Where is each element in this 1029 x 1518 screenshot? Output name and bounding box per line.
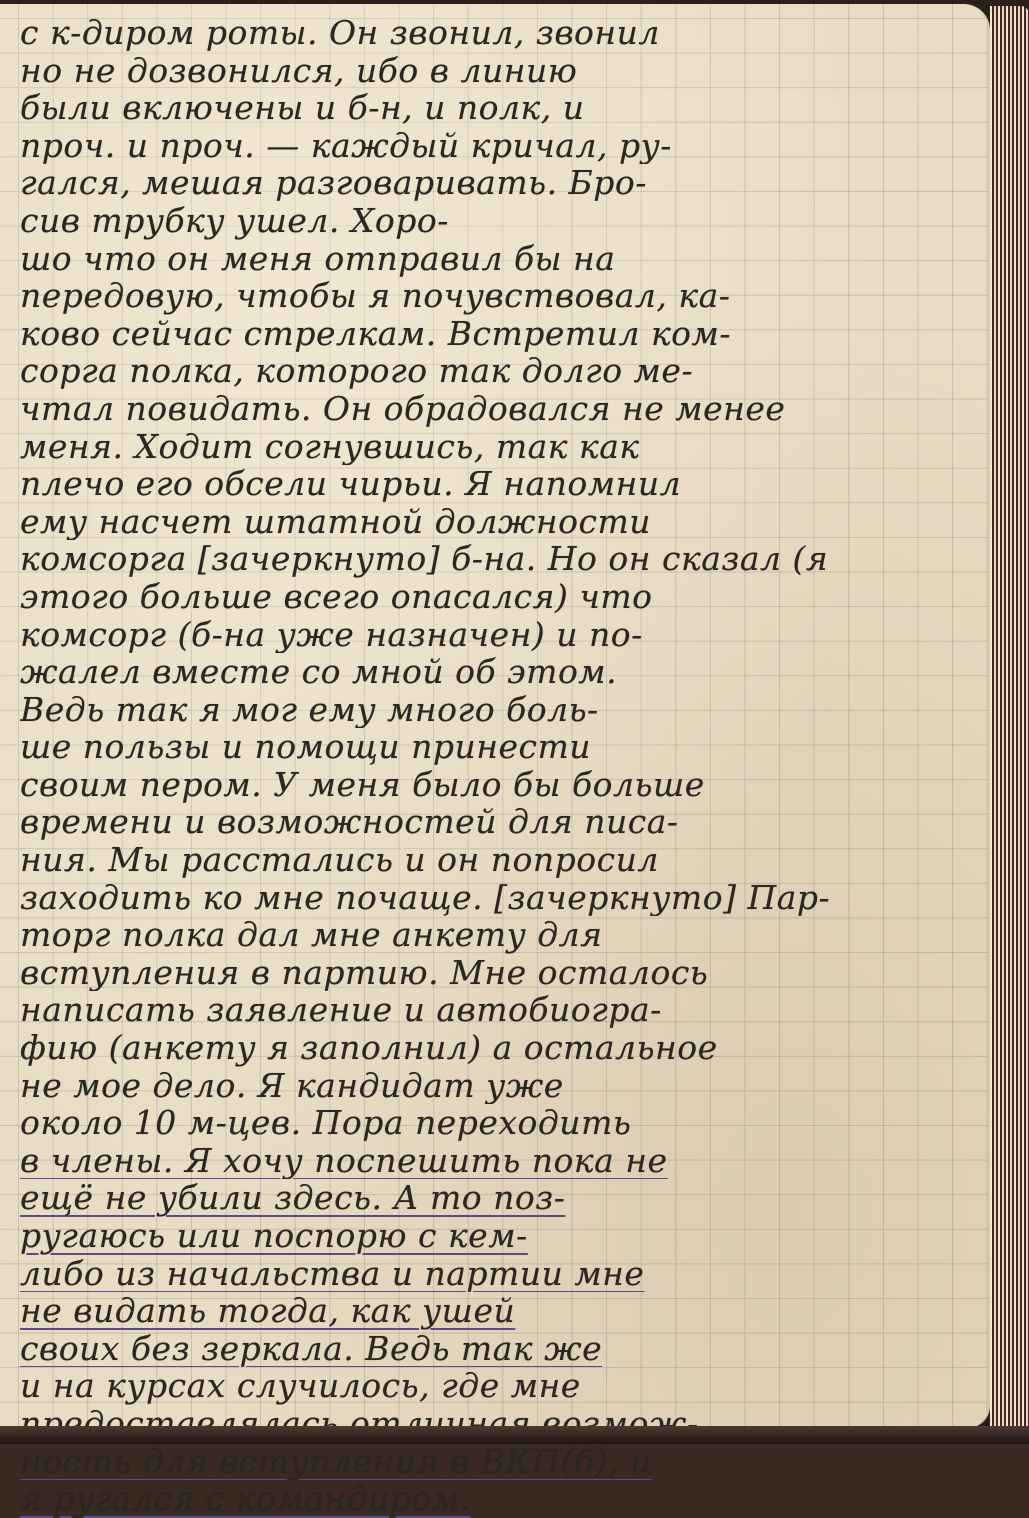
text-line: ния. Мы расстались и он попросил: [20, 841, 975, 879]
text-line: меня. Ходит согнувшись, так как: [20, 428, 975, 466]
text-line-underlined: в члены. Я хочу поспешить пока не: [20, 1142, 975, 1180]
bottom-shadow: [0, 1426, 1029, 1444]
text-line: но не дозвонился, ибо в линию: [20, 52, 975, 90]
text-line: сорга полка, которого так долго ме-: [20, 352, 975, 390]
text-line: заходить ко мне почаще. [зачеркнуто] Пар…: [20, 879, 975, 917]
text-line: ему насчет штатной должности: [20, 503, 975, 541]
notebook-page: с к-диром роты. Он звонил, звонил но не …: [0, 4, 990, 1428]
text-line: ково сейчас стрелкам. Встретил ком-: [20, 315, 975, 353]
text-line: передовую, чтобы я почувствовал, ка-: [20, 277, 975, 315]
text-line: гался, мешая разговаривать. Бро-: [20, 164, 975, 202]
text-line: сив трубку ушел. Хоро-: [20, 202, 975, 240]
text-line-underlined: своих без зеркала. Ведь так же: [20, 1330, 975, 1368]
text-line-underlined: ругаюсь или поспорю с кем-: [20, 1217, 975, 1255]
text-line: с к-диром роты. Он звонил, звонил: [20, 14, 975, 52]
text-line: проч. и проч. — каждый кричал, ру-: [20, 127, 975, 165]
text-line: комсорга [зачеркнуто] б-на. Но он сказал…: [20, 540, 975, 578]
text-line: шо что он меня отправил бы на: [20, 240, 975, 278]
text-line: фию (анкету я заполнил) а остальное: [20, 1029, 975, 1067]
notebook: с к-диром роты. Он звонил, звонил но не …: [0, 0, 1029, 1444]
text-line: около 10 м-цев. Пора переходить: [20, 1104, 975, 1142]
text-line: вступления в партию. Мне осталось: [20, 954, 975, 992]
text-line: торг полка дал мне анкету для: [20, 916, 975, 954]
text-line-underlined: либо из начальства и партии мне: [20, 1255, 975, 1293]
text-line: плечо его обсели чирьи. Я напомнил: [20, 465, 975, 503]
text-line-underlined: не видать тогда, как ушей: [20, 1292, 975, 1330]
text-line: Ведь так я мог ему много боль-: [20, 691, 975, 729]
text-line-underlined: ещё не убили здесь. А то поз-: [20, 1179, 975, 1217]
text-line: и на курсах случилось, где мне: [20, 1367, 975, 1405]
text-line: были включены и б-н, и полк, и: [20, 89, 975, 127]
text-line: ше пользы и помощи принести: [20, 728, 975, 766]
text-line: написать заявление и автобиогра-: [20, 991, 975, 1029]
page-edge-stack: [990, 6, 1029, 1436]
text-line: не мое дело. Я кандидат уже: [20, 1067, 975, 1105]
text-line: чтал повидать. Он обрадовался не менее: [20, 390, 975, 428]
text-line: комсорг (б-на уже назначен) и по-: [20, 616, 975, 654]
text-line: своим пером. У меня было бы больше: [20, 766, 975, 804]
text-line: жалел вместе со мной об этом.: [20, 653, 975, 691]
text-line: времени и возможностей для писа-: [20, 803, 975, 841]
handwritten-text: с к-диром роты. Он звонил, звонил но не …: [20, 14, 975, 1444]
text-line: этого больше всего опасался) что: [20, 578, 975, 616]
